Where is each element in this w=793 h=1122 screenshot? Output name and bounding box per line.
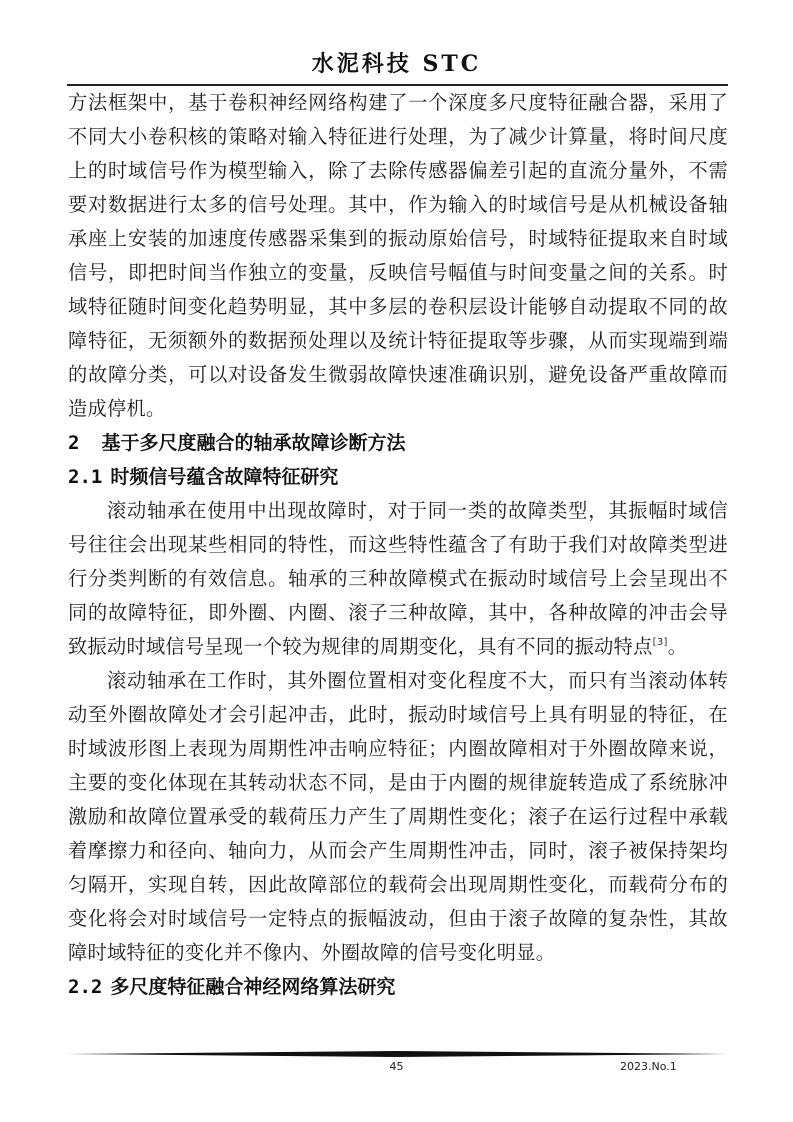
- section-2-1-paragraph-1: 滚动轴承在使用中出现故障时，对于同一类的故障类型，其振幅时域信号往往会出现某些相…: [68, 494, 728, 664]
- section-2-heading: 2基于多尺度融合的轴承故障诊断方法: [68, 426, 728, 460]
- journal-header-title: 水泥科技 STC: [0, 47, 793, 78]
- section-number: 2.2: [68, 976, 102, 998]
- section-2-1-paragraph-2: 滚动轴承在工作时，其外圈位置相对变化程度不大，而只有当滚动体转动至外圈故障处才会…: [68, 664, 728, 970]
- section-number: 2: [68, 432, 79, 454]
- section-number: 2.1: [68, 466, 102, 488]
- issue-label: 2023.No.1: [620, 1060, 677, 1073]
- article-body: 方法框架中，基于卷积神经网络构建了一个深度多尺度特征融合器，采用了不同大小卷积核…: [68, 86, 728, 1004]
- citation-reference[interactable]: [3]: [653, 637, 668, 648]
- footer-divider: [67, 1051, 728, 1057]
- section-title: 时频信号蕴含故障特征研究: [110, 466, 338, 488]
- paragraph-end: 。: [668, 635, 688, 658]
- section-2-1-heading: 2.1时频信号蕴含故障特征研究: [68, 460, 728, 494]
- continued-paragraph: 方法框架中，基于卷积神经网络构建了一个深度多尺度特征融合器，采用了不同大小卷积核…: [68, 86, 728, 426]
- section-title: 多尺度特征融合神经网络算法研究: [110, 976, 395, 998]
- paragraph-text: 滚动轴承在使用中出现故障时，对于同一类的故障类型，其振幅时域信号往往会出现某些相…: [68, 499, 728, 658]
- section-2-2-heading: 2.2多尺度特征融合神经网络算法研究: [68, 970, 728, 1004]
- section-title: 基于多尺度融合的轴承故障诊断方法: [101, 432, 405, 454]
